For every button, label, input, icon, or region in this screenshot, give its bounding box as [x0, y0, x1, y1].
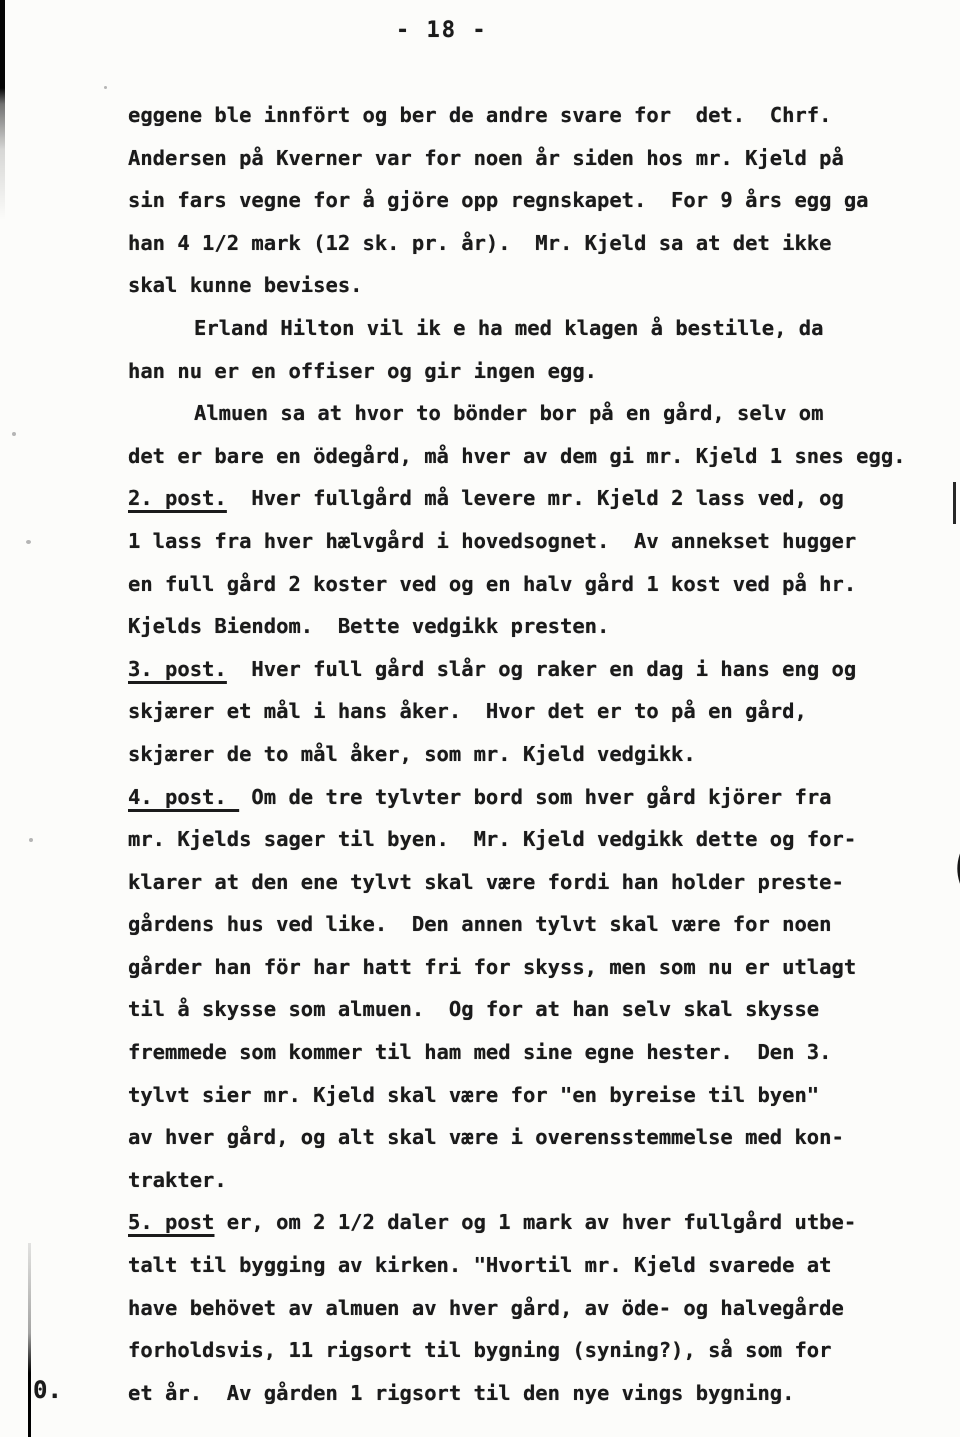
margin-mark-right-bar: [953, 482, 956, 524]
text-line: til å skysse som almuen. Og for at han s…: [128, 988, 948, 1031]
text-line: tylvt sier mr. Kjeld skal være for "en b…: [128, 1074, 948, 1117]
margin-note: 0.: [33, 1376, 62, 1404]
margin-mark-top-left: [0, 0, 5, 260]
text-line: et år. Av gården 1 rigsort til den nye v…: [128, 1372, 948, 1415]
post-heading: 2. post.: [128, 486, 227, 510]
scan-speck: [12, 432, 16, 436]
text-line: have behövet av almuen av hver gård, av …: [128, 1287, 948, 1330]
text-line: klarer at den ene tylvt skal være fordi …: [128, 861, 948, 904]
text-line: fremmede som kommer til ham med sine egn…: [128, 1031, 948, 1074]
margin-mark-right-paren: (: [944, 836, 960, 900]
text-line: sin fars vegne for å gjöre opp regnskape…: [128, 179, 948, 222]
document-page: - 18 - eggene ble innfört og ber de andr…: [0, 0, 960, 1437]
post-heading: 4. post.: [128, 785, 239, 809]
text-line: 1 lass fra hver hælvgård i hovedsognet. …: [128, 520, 948, 563]
text-line: 4. post. Om de tre tylvter bord som hver…: [128, 776, 948, 819]
text-line: han 4 1/2 mark (12 sk. pr. år). Mr. Kjel…: [128, 222, 948, 265]
text-line: Kjelds Biendom. Bette vedgikk presten.: [128, 605, 948, 648]
post-heading: 3. post.: [128, 657, 227, 681]
text-line: 3. post. Hver full gård slår og raker en…: [128, 648, 948, 691]
page-number: - 18 -: [396, 18, 487, 43]
text-line: 5. post er, om 2 1/2 daler og 1 mark av …: [128, 1201, 948, 1244]
text-line: skal kunne bevises.: [128, 264, 948, 307]
text-line: det er bare en ödegård, må hver av dem g…: [128, 435, 948, 478]
text-line: Almuen sa at hvor to bönder bor på en gå…: [128, 392, 948, 435]
margin-mark-bottom-left: [28, 1243, 31, 1437]
text-block: eggene ble innfört og ber de andre svare…: [128, 94, 948, 1414]
post-heading: 5. post: [128, 1210, 214, 1234]
text-line: en full gård 2 koster ved og en halv går…: [128, 563, 948, 606]
text-line: gårdens hus ved like. Den annen tylvt sk…: [128, 903, 948, 946]
text-line: mr. Kjelds sager til byen. Mr. Kjeld ved…: [128, 818, 948, 861]
text-line: Erland Hilton vil ik e ha med klagen å b…: [128, 307, 948, 350]
text-line: gårder han för har hatt fri for skyss, m…: [128, 946, 948, 989]
text-line: forholdsvis, 11 rigsort til bygning (syn…: [128, 1329, 948, 1372]
text-line: skjærer et mål i hans åker. Hvor det er …: [128, 690, 948, 733]
scan-speck: [104, 86, 107, 89]
text-line: av hver gård, og alt skal være i overens…: [128, 1116, 948, 1159]
scan-speck: [29, 838, 33, 842]
scan-speck: [26, 540, 31, 544]
text-line: 2. post. Hver fullgård må levere mr. Kje…: [128, 477, 948, 520]
text-line: trakter.: [128, 1159, 948, 1202]
text-line: eggene ble innfört og ber de andre svare…: [128, 94, 948, 137]
text-line: skjærer de to mål åker, som mr. Kjeld ve…: [128, 733, 948, 776]
text-line: talt til bygging av kirken. "Hvortil mr.…: [128, 1244, 948, 1287]
text-line: Andersen på Kverner var for noen år side…: [128, 137, 948, 180]
text-line: han nu er en offiser og gir ingen egg.: [128, 350, 948, 393]
